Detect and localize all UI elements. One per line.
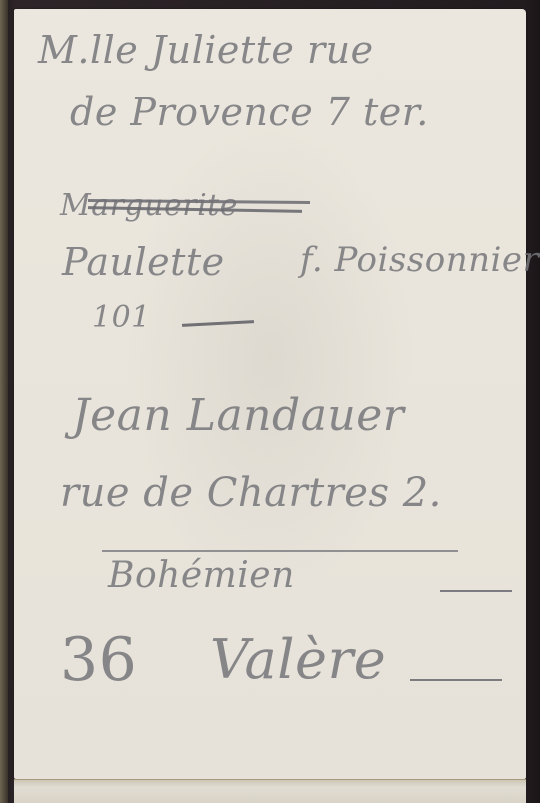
dash-mark [410,679,502,681]
line-paulette: Paulette [62,240,225,284]
line-jean-landauer: Jean Landauer [72,390,404,441]
line-rue-de-chartres: rue de Chartres 2. [60,470,442,516]
line-101: 101 [92,300,151,335]
line-bohemien: Bohémien [108,555,295,596]
cover-edge [0,0,8,803]
line-rue-de-provence: de Provence 7 ter. [70,90,429,134]
page-binding-stub [14,779,526,803]
line-marguerite-crossed: Marguerite [60,188,238,223]
line-juliette: M.lle Juliette rue [38,28,374,72]
line-36: 36 [60,625,137,695]
dash-mark [440,590,512,592]
line-valere: Valère [210,628,386,691]
line-poissonnier: f. Poissonnier [300,240,539,280]
separator-rule [102,550,458,552]
